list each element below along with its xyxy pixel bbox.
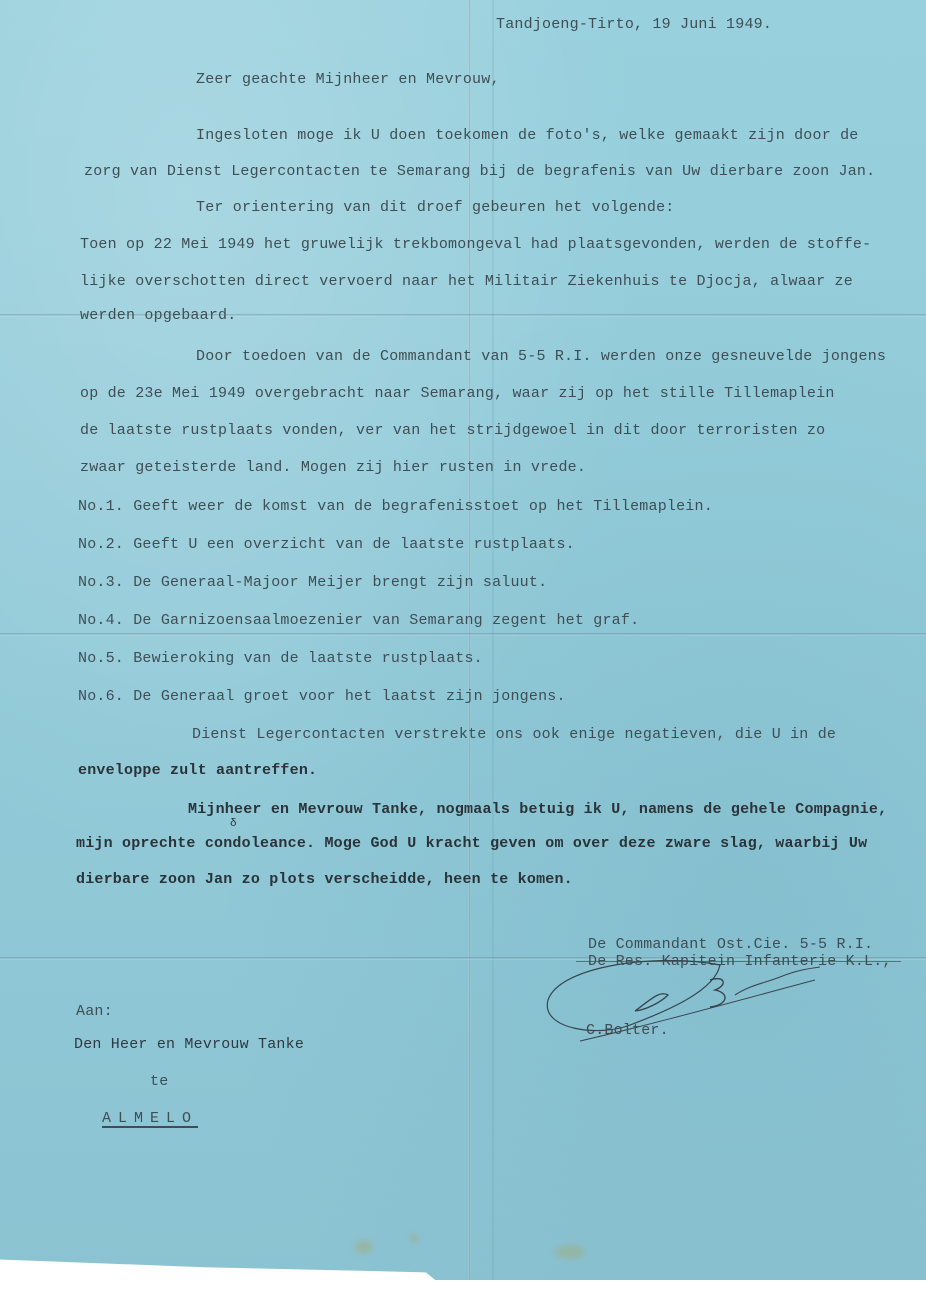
body-line: de laatste rustplaats vonden, ver van he…: [80, 422, 825, 439]
signature-title-1: De Commandant Ost.Cie. 5-5 R.I.: [588, 936, 873, 953]
body-line: werden opgebaard.: [80, 307, 236, 324]
paper-fold-vertical: [468, 0, 471, 1280]
place-date: Tandjoeng-Tirto, 19 Juni 1949.: [496, 16, 772, 33]
closing-line: Mijnheer en Mevrouw Tanke, nogmaals betu…: [188, 801, 887, 818]
handwritten-insert: δ: [230, 818, 237, 830]
body-line: zorg van Dienst Legercontacten te Semara…: [84, 163, 875, 180]
body-line: Ter orientering van dit droef gebeuren h…: [196, 199, 674, 216]
photo-list-item: No.2. Geeft U een overzicht van de laats…: [78, 536, 575, 553]
closing-line: enveloppe zult aantreffen.: [78, 762, 317, 779]
body-line: lijke overschotten direct vervoerd naar …: [80, 273, 853, 290]
photo-list-item: No.3. De Generaal-Majoor Meijer brengt z…: [78, 574, 547, 591]
photo-list-item: No.1. Geeft weer de komst van de begrafe…: [78, 498, 713, 515]
address-recipient: Den Heer en Mevrouw Tanke: [74, 1036, 304, 1053]
body-line: op de 23e Mei 1949 overgebracht naar Sem…: [80, 385, 835, 402]
address-label: Aan:: [76, 1003, 113, 1020]
paper-stain: [410, 1233, 418, 1243]
photo-list-item: No.5. Bewieroking van de laatste rustpla…: [78, 650, 483, 667]
paper-fold-horizontal: [0, 633, 926, 636]
body-line: Toen op 22 Mei 1949 het gruwelijk trekbo…: [80, 236, 871, 253]
salutation: Zeer geachte Mijnheer en Mevrouw,: [196, 71, 500, 88]
photo-list-item: No.4. De Garnizoensaalmoezenier van Sema…: [78, 612, 639, 629]
body-line: Door toedoen van de Commandant van 5-5 R…: [196, 348, 886, 365]
paper-fold-vertical-secondary: [492, 0, 494, 1280]
letter-paper: Tandjoeng-Tirto, 19 Juni 1949. Zeer geac…: [0, 0, 926, 1280]
closing-line: mijn oprechte condoleance. Moge God U kr…: [76, 835, 867, 852]
paper-stain: [555, 1245, 585, 1259]
address-connector: te: [150, 1073, 168, 1090]
signatory-name: C.Bolter.: [586, 1022, 669, 1039]
closing-line: dierbare zoon Jan zo plots verscheidde, …: [76, 871, 573, 888]
handwritten-signature: [540, 955, 830, 1045]
closing-line: Dienst Legercontacten verstrekte ons ook…: [192, 726, 836, 743]
body-line: Ingesloten moge ik U doen toekomen de fo…: [196, 127, 859, 144]
address-city: ALMELO: [102, 1110, 198, 1127]
body-line: zwaar geteisterde land. Mogen zij hier r…: [80, 459, 586, 476]
paper-stain: [355, 1240, 373, 1254]
photo-list-item: No.6. De Generaal groet voor het laatst …: [78, 688, 566, 705]
